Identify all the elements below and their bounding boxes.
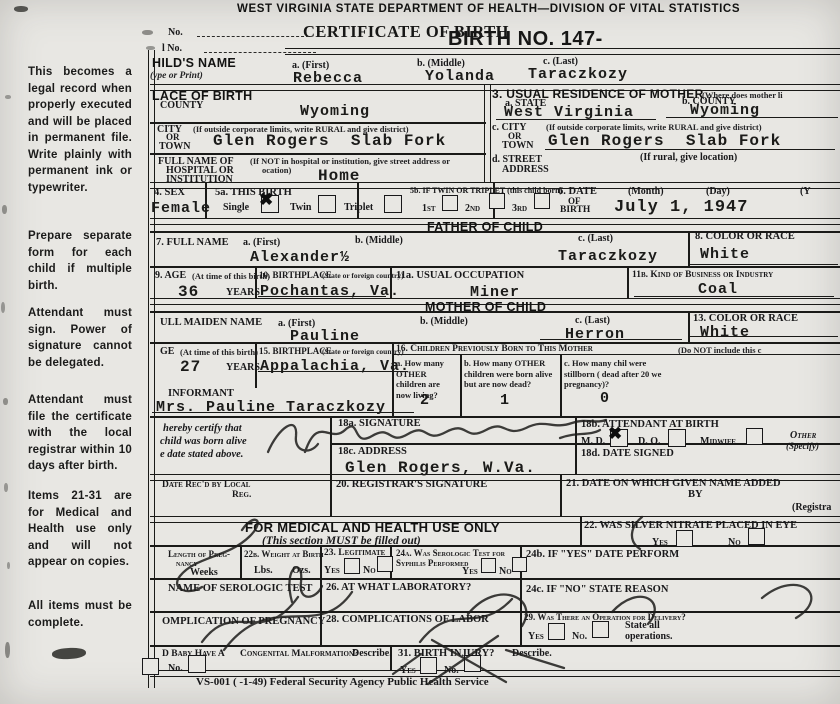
margin-note-separate-form: Prepare separate form for each child if … xyxy=(28,228,132,294)
attendant-signature xyxy=(268,425,318,452)
rule xyxy=(150,611,840,613)
serologic-test-label-2: Syphilis Performed xyxy=(396,558,468,568)
margin-note-items-21-31: Items 21-31 are for Medical and Health u… xyxy=(28,488,132,571)
divider xyxy=(484,84,491,182)
divider xyxy=(580,516,582,545)
complication-pregnancy-label: OMPLICATION OF PREGNANCY xyxy=(162,616,325,627)
sex-label: 4. SEX xyxy=(154,187,185,198)
date-signed-label: 18d. DATE SIGNED xyxy=(581,448,674,459)
injury-yes-label: Yes xyxy=(400,665,416,676)
attendant-at-birth-label: 18b. ATTENDANT AT BIRTH xyxy=(581,419,719,430)
scan-smudge xyxy=(146,46,155,50)
mother-section-title: MOTHER OF CHILD xyxy=(425,300,546,314)
rule xyxy=(150,153,486,155)
silver-no-checkbox xyxy=(748,528,765,545)
medical-subheader: (This section MUST be filled out) xyxy=(262,535,421,547)
no-reason-label: 24c. IF "NO" STATE REASON xyxy=(526,584,668,595)
father-years-label: YEARS xyxy=(226,287,260,298)
injury-no-label: No. xyxy=(444,665,459,676)
residence-city-hint: (If outside corporate limits, write RURA… xyxy=(546,122,762,132)
serologic-name-label: NAME OF SEROLOGIC TEST xyxy=(168,583,312,594)
place-county-label: COUNTY xyxy=(160,100,203,111)
third-born-label: 3rd xyxy=(512,203,527,214)
serologic-yes-label: Yes xyxy=(462,566,478,577)
day-label: (Day) xyxy=(706,186,730,197)
other-label: Other xyxy=(790,430,816,441)
mother-race-value: White xyxy=(700,324,750,341)
father-last-value: Taraczkozy xyxy=(558,248,658,265)
prev-children-b-value: 1 xyxy=(500,392,510,409)
md-checkbox xyxy=(610,429,628,447)
mother-years-label: YEARS xyxy=(226,362,260,373)
scan-smudge xyxy=(5,642,10,658)
scan-smudge xyxy=(2,205,7,214)
rule xyxy=(150,416,840,418)
operation-yes-checkbox xyxy=(548,623,565,640)
residence-state-value: West Virginia xyxy=(504,104,634,121)
malformation-describe-label: Describe. xyxy=(352,648,392,659)
divider xyxy=(575,416,577,474)
divider xyxy=(688,311,690,342)
malformation-no-label: No. xyxy=(168,663,183,674)
place-county-value: Wyoming xyxy=(300,103,370,120)
serial-no-label: l No. xyxy=(162,43,182,54)
date-recd-label: Date Rec'd by Local xyxy=(162,480,250,490)
registration-no-line xyxy=(197,36,309,37)
father-first-value: Alexander½ xyxy=(250,249,350,266)
divider xyxy=(688,231,690,266)
scan-smudge xyxy=(142,30,153,35)
prev-children-hint: (Do NOT include this c xyxy=(678,345,761,355)
serologic-no-checkbox xyxy=(512,557,527,572)
operation-no-checkbox xyxy=(592,621,609,638)
hospital-label-3: INSTITUTION xyxy=(166,174,233,185)
margin-note-legal-record: This becomes a legal record when properl… xyxy=(28,64,132,196)
operation-yes-label: Yes xyxy=(528,631,544,642)
medical-header: FOR MEDICAL AND HEALTH USE ONLY xyxy=(245,520,500,535)
informant-label: INFORMANT xyxy=(168,388,234,399)
department-title: WEST VIRGINIA STATE DEPARTMENT OF HEALTH… xyxy=(237,3,740,15)
laboratory-label: 26. AT WHAT LABORATORY? xyxy=(326,582,471,593)
residence-county-value: Wyoming xyxy=(690,102,760,119)
legitimate-yes-label: Yes xyxy=(324,565,340,576)
second-born-checkbox xyxy=(489,193,505,209)
this-birth-label: 5a. THIS BIRTH xyxy=(215,187,292,198)
do-label: D. O. xyxy=(638,436,661,447)
mother-birthplace-hint: (State or foreign country) xyxy=(322,347,404,356)
hospital-value: Home xyxy=(318,167,360,185)
mother-race-label: 13. COLOR OR RACE xyxy=(693,313,798,324)
midwife-label: Midwife xyxy=(700,436,736,447)
serologic-test-label-1: 24a. Was Serologic Test for xyxy=(396,548,505,558)
father-age-value: 36 xyxy=(178,283,199,301)
mother-birthplace-value: Appalachia, Va. xyxy=(260,358,410,375)
birth-certificate-scan: This becomes a legal record when properl… xyxy=(0,0,840,704)
malformation-yes-checkbox xyxy=(142,658,159,675)
mother-birthplace-label: 15. BIRTHPLACE xyxy=(259,346,332,356)
prev-children-title: 16. Children Previously Born to This Mot… xyxy=(396,344,593,354)
mother-last-label: c. (Last) xyxy=(575,315,610,326)
mother-first-value: Pauline xyxy=(290,328,360,345)
place-town-label: TOWN xyxy=(159,141,191,152)
date-of-birth-value: July 1, 1947 xyxy=(614,198,748,217)
weeks-label: Weeks xyxy=(190,567,218,578)
stamp-mark xyxy=(52,647,87,660)
triplet-checkbox xyxy=(384,195,402,213)
twin-label: Twin xyxy=(290,202,312,213)
legitimate-no-label: No xyxy=(363,565,376,576)
certify-line-3: e date stated above. xyxy=(160,449,243,460)
single-checkbox xyxy=(261,195,279,213)
injury-no-checkbox xyxy=(464,655,481,672)
state-all-label-1: State all xyxy=(625,620,660,631)
father-occupation-label: 11a. USUAL OCCUPATION xyxy=(396,270,524,281)
signature-label: 18a. SIGNATURE xyxy=(338,418,421,429)
malformation-no-checkbox xyxy=(188,655,206,673)
md-label: M. D. xyxy=(581,436,605,447)
twin-checkbox xyxy=(318,195,336,213)
certify-line-2: child was born alive xyxy=(160,436,247,447)
certify-line-1: hereby certify that xyxy=(163,423,242,434)
address-value: Glen Rogers, W.Va. xyxy=(345,459,536,477)
divider xyxy=(320,545,322,645)
margin-note-attendant-sign: Attendant must sign. Power of signature … xyxy=(28,305,132,371)
mother-name-label: ULL MAIDEN NAME xyxy=(160,317,262,328)
underline xyxy=(690,264,838,265)
name-added-label: 21. DATE ON WHICH GIVEN NAME ADDED xyxy=(566,478,781,489)
first-born-label: 1st xyxy=(422,203,436,214)
divider xyxy=(330,474,332,516)
ozs-label: Ozs. xyxy=(292,565,311,576)
child-last-value: Taraczkozy xyxy=(528,66,628,83)
form-left-border xyxy=(148,50,155,688)
second-born-label: 2nd xyxy=(465,203,480,214)
scan-smudge xyxy=(14,6,28,12)
year-label: (Y xyxy=(800,186,811,197)
father-name-label: 7. FULL NAME xyxy=(156,237,229,248)
name-added-by-label: BY xyxy=(688,489,703,500)
father-industry-label: 11b. Kind of Business or Industry xyxy=(632,270,773,280)
rule xyxy=(150,578,840,580)
margin-note-complete: All items must be complete. xyxy=(28,598,132,631)
hospital-hint-2: ocation) xyxy=(262,165,291,175)
rule xyxy=(285,48,840,55)
type-or-print-hint: (ype or Print) xyxy=(150,71,203,81)
mother-middle-label: b. (Middle) xyxy=(420,316,468,327)
scan-smudge xyxy=(7,562,10,569)
third-born-checkbox xyxy=(534,193,550,209)
scan-smudge xyxy=(5,95,11,99)
single-label: Single xyxy=(223,202,249,213)
operation-no-label: No. xyxy=(572,631,587,642)
father-occupation-value: Miner xyxy=(470,284,520,301)
informant-value: Mrs. Pauline Taraczkozy xyxy=(156,399,386,416)
silver-yes-checkbox xyxy=(676,530,693,547)
mother-age-value: 27 xyxy=(180,358,201,376)
divider xyxy=(627,266,629,298)
father-race-value: White xyxy=(700,246,750,263)
silver-no-label: No xyxy=(728,537,741,548)
injury-yes-checkbox xyxy=(420,657,437,674)
legitimate-no-checkbox xyxy=(377,556,393,572)
father-birthplace-value: Pochantas, Va. xyxy=(260,283,400,300)
scan-smudge xyxy=(4,483,8,492)
father-industry-value: Coal xyxy=(698,281,738,298)
prev-children-c-label: c. How many chil were stillborn ( dead a… xyxy=(564,358,664,390)
father-middle-label: b. (Middle) xyxy=(355,235,403,246)
serologic-yes-checkbox xyxy=(481,558,496,573)
mother-age-label: GE xyxy=(160,346,174,357)
first-born-checkbox xyxy=(442,195,458,211)
sex-value: Female xyxy=(151,200,211,217)
registrar-paren-label: (Registra xyxy=(792,502,831,513)
legitimate-yes-checkbox xyxy=(344,558,360,574)
silver-yes-label: Yes xyxy=(652,537,668,548)
complications-labor-label: 28. COMPLICATIONS OF LABOR xyxy=(326,614,489,625)
mother-last-value: Herron xyxy=(565,326,625,343)
injury-describe-label: Describe. xyxy=(512,648,552,659)
scan-smudge xyxy=(3,398,8,405)
rule xyxy=(150,266,840,268)
address-label: 18c. ADDRESS xyxy=(338,446,407,457)
residence-city-value: Glen Rogers Slab Fork xyxy=(548,132,781,150)
state-all-label-2: operations. xyxy=(625,631,673,642)
do-checkbox xyxy=(668,429,686,447)
child-first-value: Rebecca xyxy=(293,70,363,87)
prev-children-a-value: 2 xyxy=(420,392,430,409)
child-middle-value: Yolanda xyxy=(425,68,495,85)
serologic-no-label: No xyxy=(499,566,512,577)
divider xyxy=(330,416,332,474)
divider xyxy=(560,474,562,516)
scan-smudge xyxy=(1,302,5,313)
child-name-label: HILD'S NAME xyxy=(152,56,236,70)
father-first-label: a. (First) xyxy=(243,237,280,248)
father-race-label: 8. COLOR OR RACE xyxy=(695,231,795,242)
residence-street-label-2: ADDRESS xyxy=(502,164,549,175)
lbs-label: Lbs. xyxy=(254,565,273,576)
rule xyxy=(150,645,840,647)
date-of-birth-label-3: BIRTH xyxy=(560,205,590,215)
divider xyxy=(240,545,242,578)
father-age-label: 9. AGE xyxy=(155,270,186,281)
date-performed-label: 24b. IF "YES" DATE PERFORM xyxy=(526,549,679,560)
margin-note-file-certificate: Attendant must file the certificate with… xyxy=(28,392,132,475)
pen-scrawl xyxy=(762,585,811,618)
prev-children-b-label: b. How many OTHER children were born ali… xyxy=(464,358,556,390)
place-city-value: Glen Rogers Slab Fork xyxy=(213,132,446,150)
month-label: (Month) xyxy=(628,186,664,197)
registrar-signature-label: 20. REGISTRAR'S SIGNATURE xyxy=(336,479,487,490)
malformation-label-2: Congenital Malformation? xyxy=(240,649,359,659)
father-birthplace-label: 10. BIRTHPLACE xyxy=(259,270,332,280)
prev-children-c-value: 0 xyxy=(600,390,610,407)
date-recd-reg-label: Reg. xyxy=(232,490,251,500)
weight-at-birth-label: 22b. Weight at Birth xyxy=(244,549,324,559)
registration-no-label: No. xyxy=(168,27,183,38)
divider xyxy=(460,354,462,416)
father-birthplace-hint: (State or foreign country) xyxy=(322,271,404,280)
divider xyxy=(560,354,562,416)
triplet-label: Triplet xyxy=(344,202,373,213)
residence-town-label: TOWN xyxy=(502,140,534,151)
mother-age-hint: (At time of this birth) xyxy=(180,347,258,357)
father-last-label: c. (Last) xyxy=(578,233,613,244)
other-specify-label: (Specify) xyxy=(786,441,819,451)
residence-street-hint: (If rural, give location) xyxy=(640,152,737,163)
midwife-checkbox xyxy=(746,428,763,445)
father-section-title: FATHER OF CHILD xyxy=(427,220,543,234)
form-number-footer: VS-001 ( -1-49) Federal Security Agency … xyxy=(196,676,489,688)
